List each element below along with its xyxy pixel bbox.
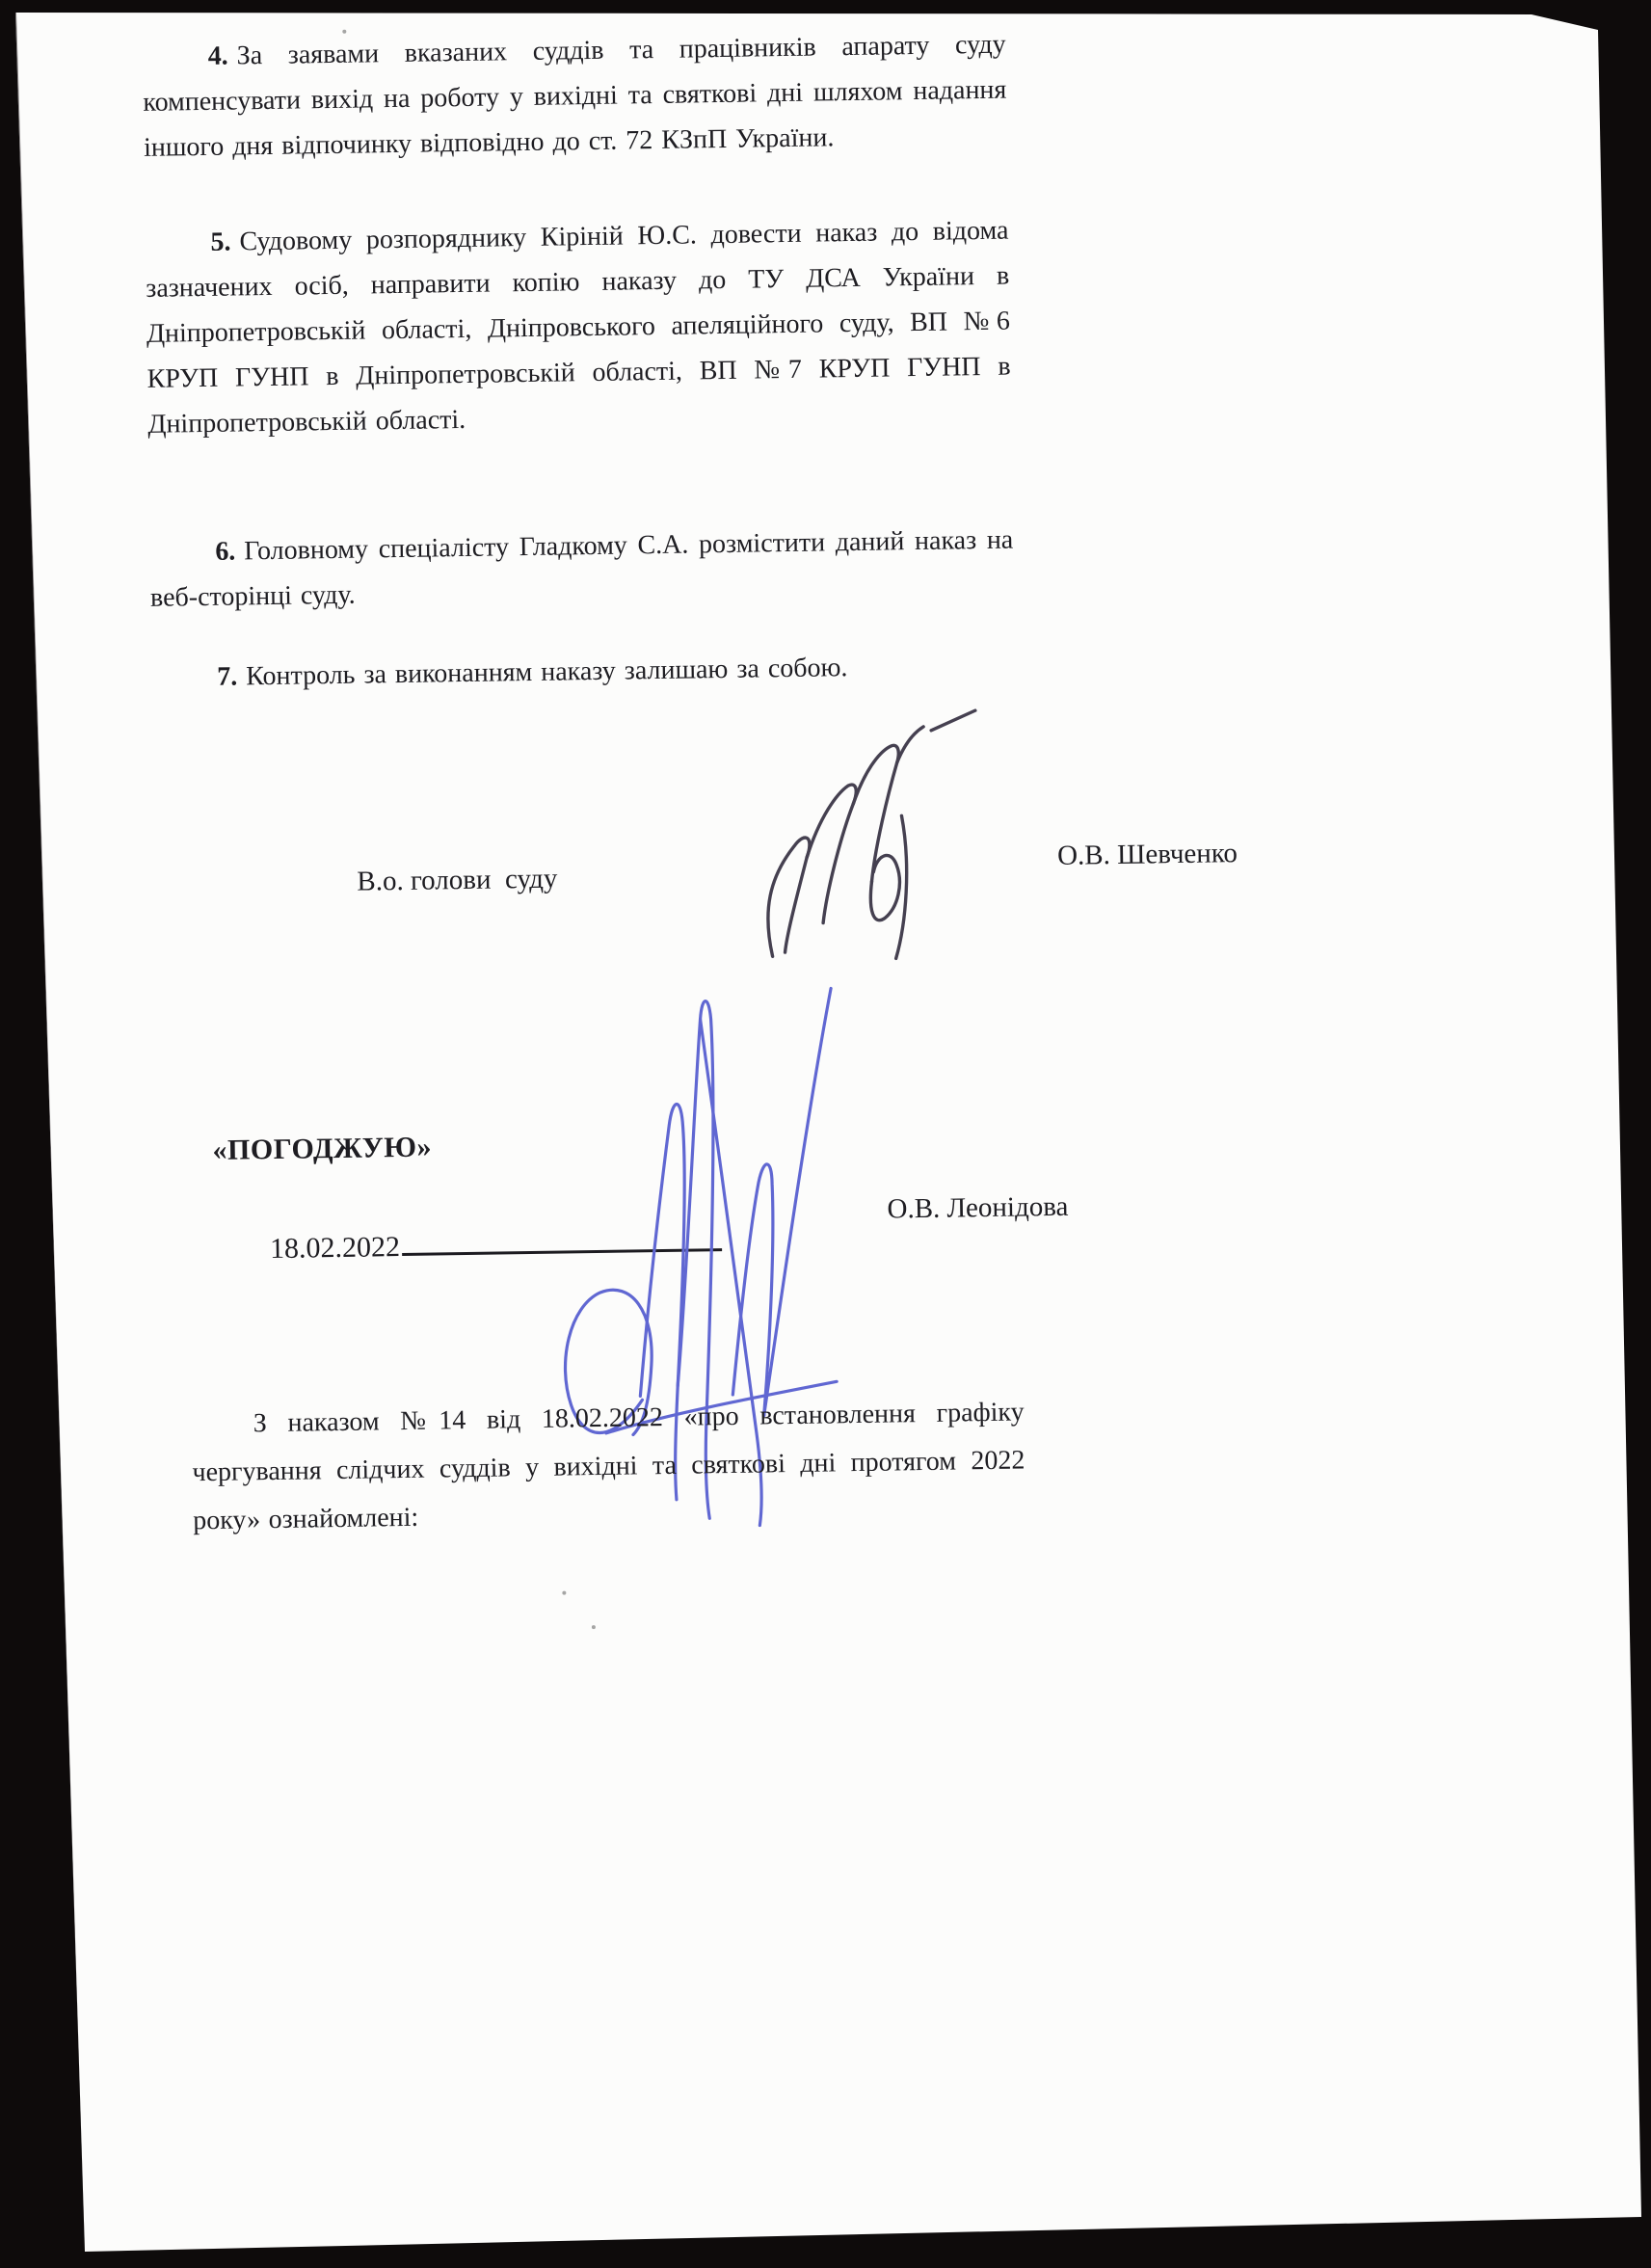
approval-date: 18.02.2022 — [270, 1231, 400, 1266]
item-number: 4. — [207, 40, 236, 70]
item-text: Судовому розпоряднику Кіріній Ю.С. довес… — [146, 216, 1011, 440]
approval-name: О.В. Леонідова — [887, 1191, 1068, 1226]
scanned-page: 4.За заявами вказаних суддів та працівни… — [0, 0, 1651, 2268]
scan-speck — [562, 1591, 566, 1595]
closing-paragraph: З наказом №14 від 18.02.2022 «про встано… — [191, 1388, 1025, 1545]
order-item-6: 6.Головному спеціалісту Гладкому С.А. ро… — [149, 518, 1014, 621]
item-text: Головному спеціалісту Гладкому С.А. розм… — [150, 525, 1014, 613]
item-number: 7. — [217, 661, 246, 691]
signer-role-label: В.о. голови суду — [357, 864, 557, 898]
scan-speck — [592, 1625, 596, 1629]
order-item-7: 7.Контроль за виконанням наказу залишаю … — [151, 643, 1016, 701]
item-text: Контроль за виконанням наказу залишаю за… — [246, 653, 848, 691]
approval-heading: «ПОГОДЖУЮ» — [212, 1132, 432, 1167]
signer-name: О.В. Шевченко — [1057, 838, 1238, 872]
order-text-block: 4.За заявами вказаних суддів та працівни… — [142, 22, 1015, 701]
item-number: 6. — [215, 536, 244, 566]
order-item-4: 4.За заявами вказаних суддів та працівни… — [142, 22, 1007, 171]
item-number: 5. — [210, 227, 239, 256]
order-item-5: 5.Судовому розпоряднику Кіріній Ю.С. дов… — [145, 208, 1011, 447]
document-content: 4.За заявами вказаних суддів та працівни… — [0, 0, 1651, 2268]
shevchenko-handwritten-signature — [754, 699, 985, 964]
scan-speck — [342, 30, 346, 34]
item-text: За заявами вказаних суддів та працівникі… — [143, 30, 1006, 163]
